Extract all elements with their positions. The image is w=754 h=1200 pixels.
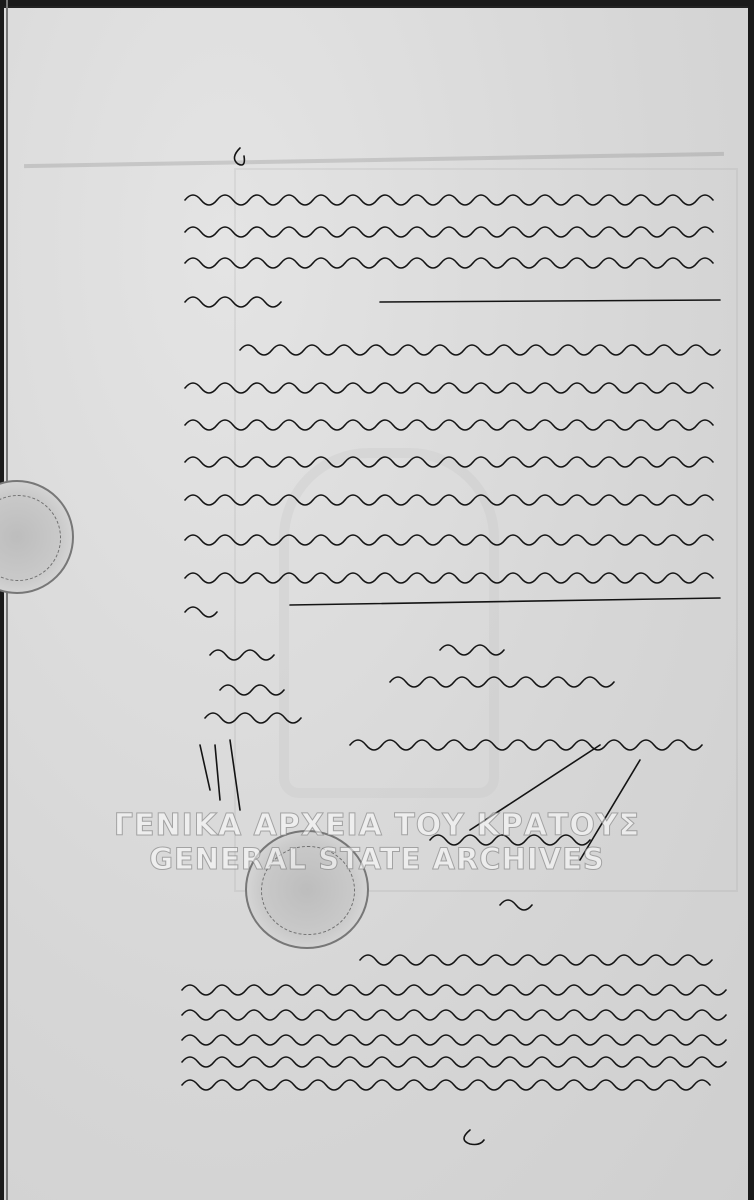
watermark-english: GENERAL STATE ARCHIVES (0, 842, 754, 876)
watermark-greek: ΓΕΝΙΚΑ ΑΡΧΕΙΑ ΤΟΥ ΚΡΑΤΟΥΣ (0, 808, 754, 843)
page-number-mark (234, 148, 244, 165)
handwritten-text (0, 0, 754, 1200)
